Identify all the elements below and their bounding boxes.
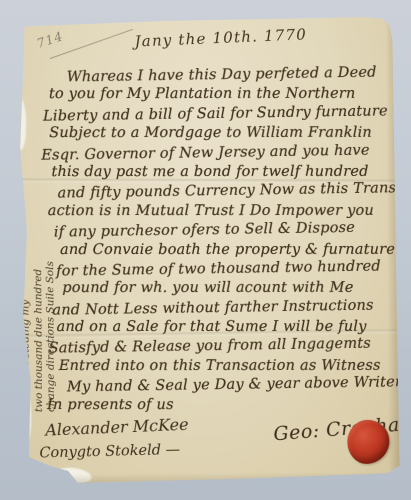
body-line: My hand & Seal ye Day & year above Write… xyxy=(67,375,393,400)
archival-number: 714 xyxy=(35,28,65,51)
body-line: Satisfyd & Release you from all Ingagemt… xyxy=(49,336,393,361)
torn-edge-patch xyxy=(13,228,25,286)
witness-signature-stokeld: Conygto Stokeld — xyxy=(39,442,180,461)
letter-body: Whareas I have this Day perfeted a Deed … xyxy=(37,66,393,417)
body-line: In presents of us xyxy=(47,396,393,416)
body-line: to you for My Plantation in the Northern xyxy=(49,86,391,106)
red-wax-seal xyxy=(347,420,389,464)
torn-edge-patch xyxy=(16,388,31,446)
body-line: pound for wh. you will acount with Me xyxy=(62,280,392,300)
body-line: Subject to a Mordgage to William Frankli… xyxy=(49,125,391,145)
body-line: if any purchesor ofers to Sell & Dispose xyxy=(54,219,392,244)
photograph-of-letter: 8 714 Jany the 10th. 1770 Whareas I have… xyxy=(0,0,411,500)
letter-paper: 8 714 Jany the 10th. 1770 Whareas I have… xyxy=(14,14,399,484)
left-margin-note: Nott with steding my two thousand due hu… xyxy=(18,82,58,412)
witness-signature-mckee: Alexander McKee xyxy=(45,415,189,440)
paper-edge-shadow xyxy=(18,472,400,484)
date-line: Jany the 10th. 1770 xyxy=(134,25,307,50)
body-line: and fifty pounds Currency Now as this Tr… xyxy=(57,181,391,206)
marginalia-line: change directions Suile Sols xyxy=(43,82,58,412)
pencil-corner-mark: 8 xyxy=(30,17,35,25)
body-line: and Convaie boath the property & furnatu… xyxy=(60,241,392,261)
